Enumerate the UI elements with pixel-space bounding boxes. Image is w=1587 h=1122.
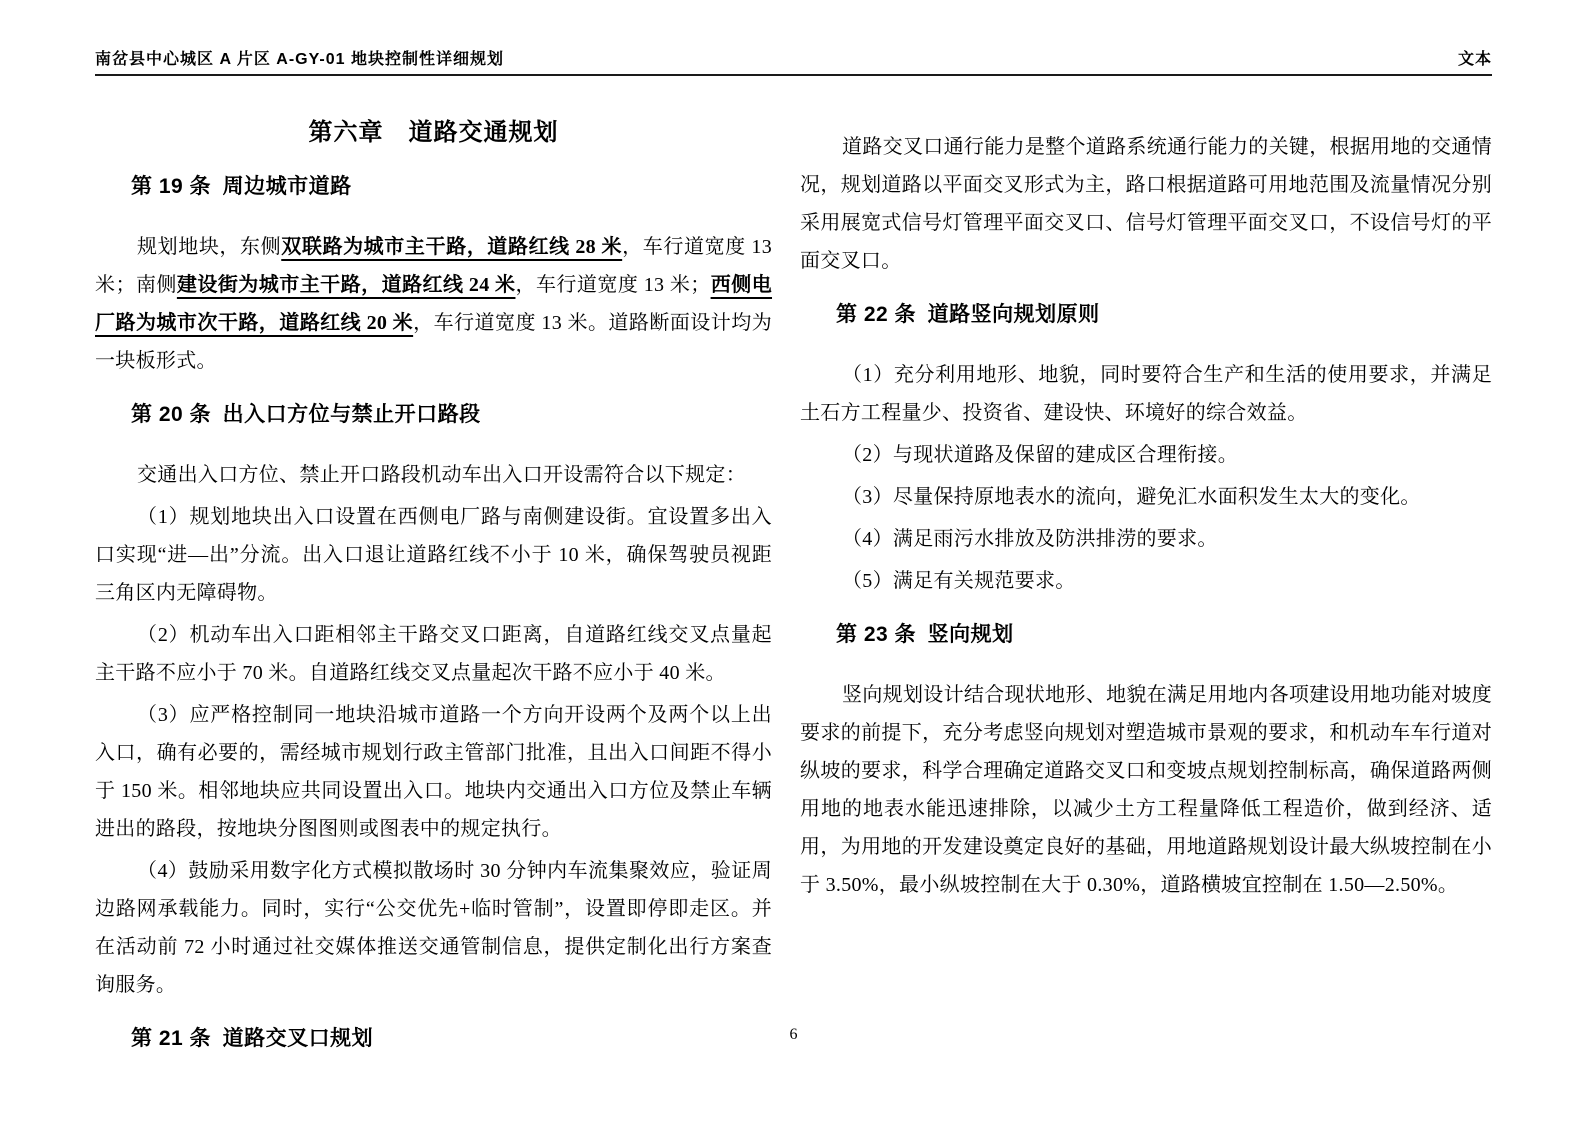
two-column-layout: 第六章 道路交通规划 第 19 条周边城市道路 规划地块，东侧双联路为城市主干路… bbox=[95, 80, 1492, 1080]
article-19-title: 周边城市道路 bbox=[223, 175, 352, 198]
page-number: 6 bbox=[790, 1026, 798, 1043]
article-20-item-3: （3）应严格控制同一地块沿城市道路一个方向开设两个及两个以上出入口，确有必要的，… bbox=[95, 696, 772, 848]
page-header: 南岔县中心城区 A 片区 A-GY-01 地块控制性详细规划 文本 bbox=[95, 46, 1492, 76]
article-19-heading: 第 19 条周边城市道路 bbox=[95, 168, 772, 206]
article-20-heading: 第 20 条出入口方位与禁止开口路段 bbox=[95, 396, 772, 434]
a19-underlined-south-road: 建设街为城市主干路，道路红线 24 米 bbox=[177, 274, 516, 296]
article-22-number: 第 22 条 bbox=[836, 303, 916, 326]
article-23-heading: 第 23 条竖向规划 bbox=[800, 616, 1492, 654]
article-22-item-4: （4）满足雨污水排放及防洪排涝的要求。 bbox=[800, 520, 1492, 558]
article-23-number: 第 23 条 bbox=[836, 623, 916, 646]
document-page: 南岔县中心城区 A 片区 A-GY-01 地块控制性详细规划 文本 第六章 道路… bbox=[0, 0, 1587, 1122]
chapter-title: 第六章 道路交通规划 bbox=[95, 114, 772, 152]
page-footer: 6 bbox=[0, 1023, 1587, 1047]
article-23-paragraph: 竖向规划设计结合现状地形、地貌在满足用地内各项建设用地功能对坡度要求的前提下，充… bbox=[800, 676, 1492, 904]
article-20-number: 第 20 条 bbox=[131, 403, 211, 426]
article-22-title: 道路竖向规划原则 bbox=[928, 303, 1100, 326]
article-21-intro: 道路交叉口通行能力是整个道路系统通行能力的关键，根据用地的交通情况，规划道路以平… bbox=[800, 128, 1492, 280]
article-23-title: 竖向规划 bbox=[928, 623, 1014, 646]
article-20-item-2: （2）机动车出入口距相邻主干路交叉口距离，自道路红线交叉点量起主干路不应小于 7… bbox=[95, 616, 772, 692]
article-20-item-1: （1）规划地块出入口设置在西侧电厂路与南侧建设街。宜设置多出入口实现“进—出”分… bbox=[95, 498, 772, 612]
header-document-title: 南岔县中心城区 A 片区 A-GY-01 地块控制性详细规划 bbox=[95, 46, 504, 69]
article-20-item-4: （4）鼓励采用数字化方式模拟散场时 30 分钟内车流集聚效应，验证周边路网承载能… bbox=[95, 852, 772, 1004]
article-19-paragraph: 规划地块，东侧双联路为城市主干路，道路红线 28 米，车行道宽度 13 米；南侧… bbox=[95, 228, 772, 380]
article-22-item-2: （2）与现状道路及保留的建成区合理衔接。 bbox=[800, 436, 1492, 474]
left-column: 第六章 道路交通规划 第 19 条周边城市道路 规划地块，东侧双联路为城市主干路… bbox=[95, 80, 772, 1080]
article-22-item-3: （3）尽量保持原地表水的流向，避免汇水面积发生太大的变化。 bbox=[800, 478, 1492, 516]
header-doc-type-label: 文本 bbox=[1458, 46, 1492, 69]
article-22-item-1: （1）充分利用地形、地貌，同时要符合生产和生活的使用要求，并满足土石方工程量少、… bbox=[800, 356, 1492, 432]
a19-underlined-east-road: 双联路为城市主干路，道路红线 28 米 bbox=[281, 236, 622, 258]
article-20-intro: 交通出入口方位、禁止开口路段机动车出入口开设需符合以下规定： bbox=[95, 456, 772, 494]
a19-seg5: ，车行道宽度 13 米； bbox=[515, 274, 710, 296]
right-column: 道路交叉口通行能力是整个道路系统通行能力的关键，根据用地的交通情况，规划道路以平… bbox=[800, 80, 1492, 908]
article-20-title: 出入口方位与禁止开口路段 bbox=[223, 403, 481, 426]
article-22-item-5: （5）满足有关规范要求。 bbox=[800, 562, 1492, 600]
article-22-heading: 第 22 条道路竖向规划原则 bbox=[800, 296, 1492, 334]
article-19-number: 第 19 条 bbox=[131, 175, 211, 198]
a19-seg1: 规划地块，东侧 bbox=[137, 236, 281, 258]
